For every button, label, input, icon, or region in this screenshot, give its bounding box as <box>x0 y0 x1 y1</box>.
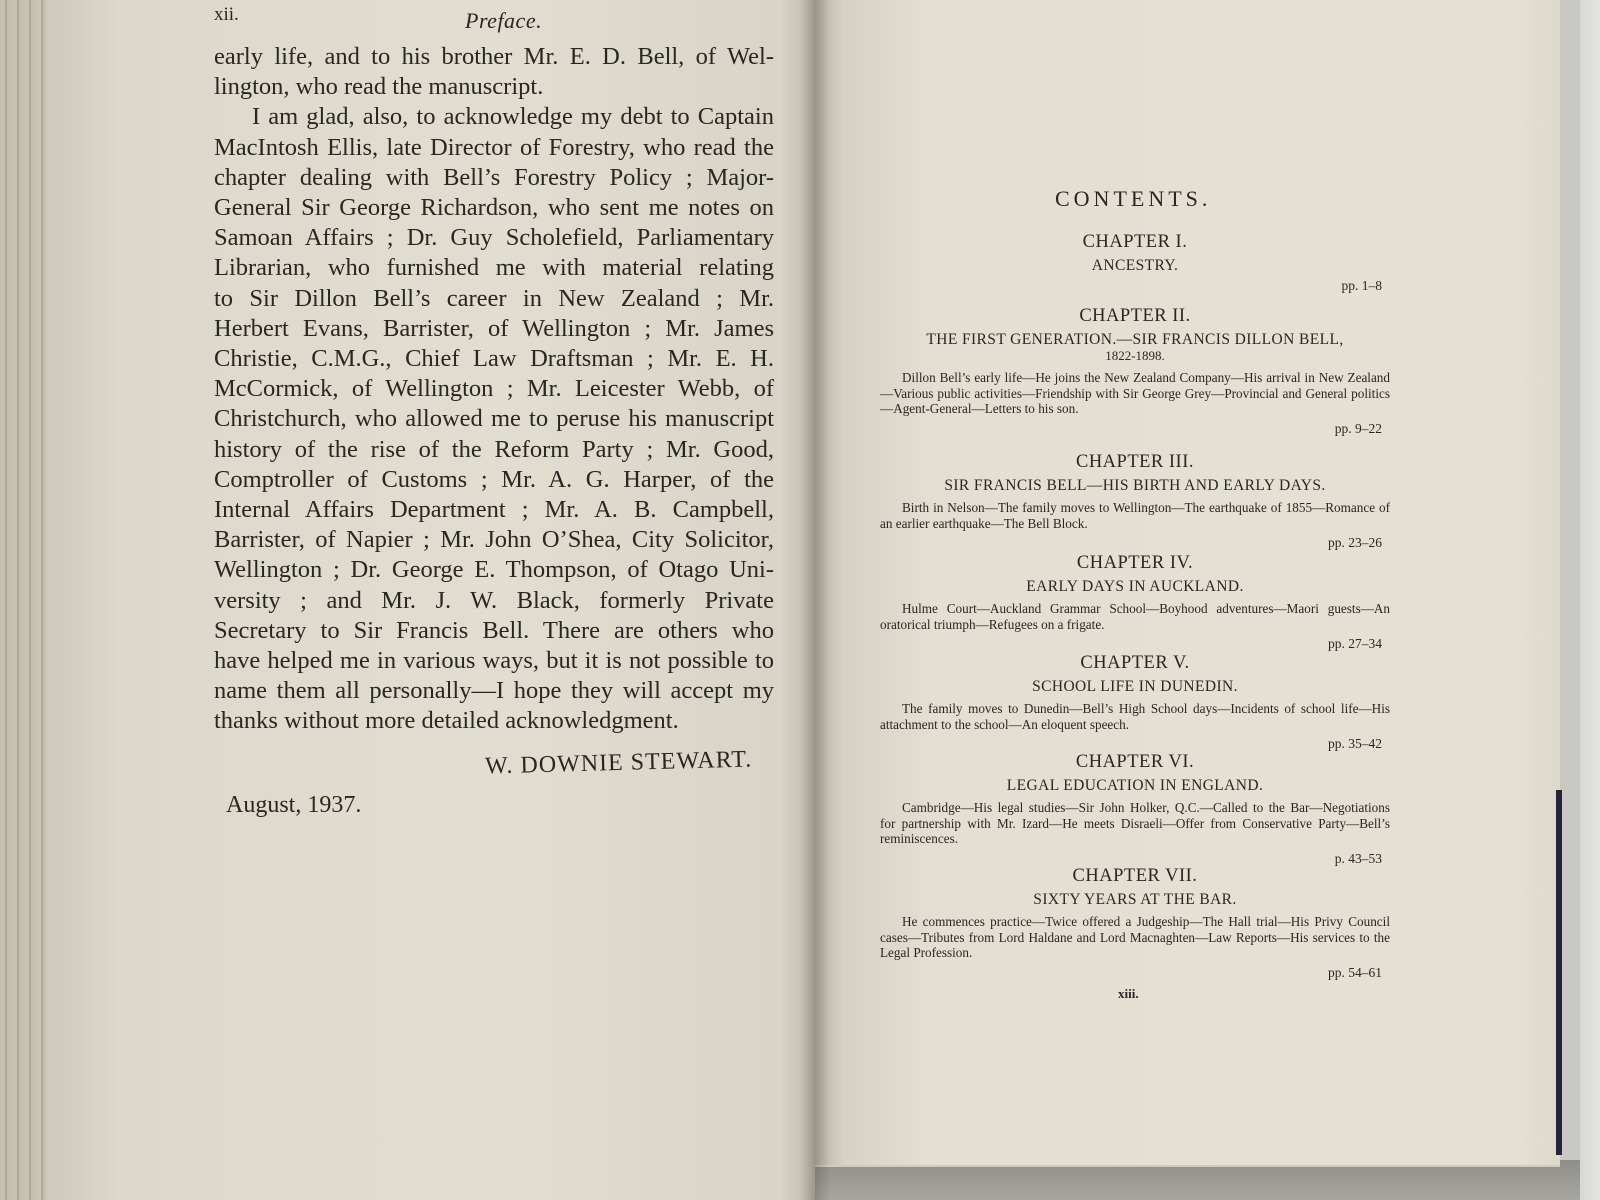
preface-date: August, 1937. <box>226 792 361 819</box>
chapter-summary: Birth in Nelson—The family moves to Well… <box>880 500 1390 531</box>
chapter-number: CHAPTER IV. <box>880 553 1390 574</box>
text-line: early life, and to his brother Mr. E. D.… <box>214 42 774 72</box>
page-edges <box>0 0 46 1200</box>
chapter-pages: pp. 35–42 <box>880 736 1390 752</box>
text-line: Wellington ; Dr. George E. Thompson, of … <box>214 555 774 585</box>
chapter-title: LEGAL EDUCATION IN ENGLAND. <box>880 777 1390 794</box>
chapter-pages: p. 43–53 <box>880 851 1390 867</box>
text-line: name them all personally—I hope they wil… <box>214 676 774 706</box>
chapter-number: CHAPTER III. <box>880 452 1390 473</box>
chapter-summary: Hulme Court—Auckland Grammar School—Boyh… <box>880 601 1390 632</box>
book-cover-edge <box>1556 790 1562 1155</box>
contents-entry-chapter-5: CHAPTER V. SCHOOL LIFE IN DUNEDIN. The f… <box>880 653 1390 752</box>
text-line: Christchurch, who allowed me to peruse h… <box>214 404 774 434</box>
chapter-number: CHAPTER VI. <box>880 752 1390 773</box>
text-line: lington, who read the manuscript. <box>214 72 774 102</box>
text-line: thanks without more detailed acknowledgm… <box>214 706 774 736</box>
chapter-pages: pp. 54–61 <box>880 965 1390 981</box>
running-head: Preface. <box>465 8 542 34</box>
text-line: Barrister, of Napier ; Mr. John O’Shea, … <box>214 525 774 555</box>
chapter-pages: pp. 23–26 <box>880 535 1390 551</box>
contents-entry-chapter-1: CHAPTER I. ANCESTRY. pp. 1–8 <box>880 232 1390 294</box>
text-line: chapter dealing with Bell’s Forestry Pol… <box>214 163 774 193</box>
chapter-number: CHAPTER I. <box>880 232 1390 253</box>
preface-text: early life, and to his brother Mr. E. D.… <box>214 42 774 737</box>
chapter-number: CHAPTER V. <box>880 653 1390 674</box>
contents-entry-chapter-3: CHAPTER III. SIR FRANCIS BELL—HIS BIRTH … <box>880 452 1390 551</box>
chapter-title: ANCESTRY. <box>880 257 1390 274</box>
chapter-summary: Cambridge—His legal studies—Sir John Hol… <box>880 800 1390 847</box>
text-line: Secretary to Sir Francis Bell. There are… <box>214 616 774 646</box>
text-line: I am glad, also, to acknowledge my debt … <box>214 102 774 132</box>
chapter-pages: pp. 9–22 <box>880 421 1390 437</box>
text-line: Librarian, who furnished me with materia… <box>214 253 774 283</box>
text-line: Internal Affairs Department ; Mr. A. B. … <box>214 495 774 525</box>
chapter-title: THE FIRST GENERATION.—SIR FRANCIS DILLON… <box>880 331 1390 348</box>
chapter-dates: 1822-1898. <box>880 348 1390 364</box>
chapter-number: CHAPTER II. <box>880 306 1390 327</box>
text-line: versity ; and Mr. J. W. Black, formerly … <box>214 586 774 616</box>
contents-entry-chapter-6: CHAPTER VI. LEGAL EDUCATION IN ENGLAND. … <box>880 752 1390 867</box>
chapter-summary: The family moves to Dunedin—Bell’s High … <box>880 701 1390 732</box>
chapter-title: SCHOOL LIFE IN DUNEDIN. <box>880 678 1390 695</box>
text-line: McCormick, of Wellington ; Mr. Leicester… <box>214 374 774 404</box>
text-line: to Sir Dillon Bell’s career in New Zeala… <box>214 284 774 314</box>
text-line: have helped me in various ways, but it i… <box>214 646 774 676</box>
contents-entry-chapter-2: CHAPTER II. THE FIRST GENERATION.—SIR FR… <box>880 306 1390 437</box>
page-number-left: xii. <box>214 4 239 26</box>
text-line: Comptroller of Customs ; Mr. A. G. Harpe… <box>214 465 774 495</box>
text-line: MacIntosh Ellis, late Director of Forest… <box>214 133 774 163</box>
text-line: Herbert Evans, Barrister, of Wellington … <box>214 314 774 344</box>
chapter-title: SIR FRANCIS BELL—HIS BIRTH AND EARLY DAY… <box>880 477 1390 494</box>
chapter-summary: He commences practice—Twice offered a Ju… <box>880 914 1390 961</box>
chapter-title: EARLY DAYS IN AUCKLAND. <box>880 578 1390 595</box>
text-line: General Sir George Richardson, who sent … <box>214 193 774 223</box>
text-line: Christie, C.M.G., Chief Law Draftsman ; … <box>214 344 774 374</box>
contents-entry-chapter-7: CHAPTER VII. SIXTY YEARS AT THE BAR. He … <box>880 866 1390 981</box>
page-number-right: xiii. <box>1118 986 1139 1002</box>
background-wall <box>1580 0 1600 1200</box>
chapter-summary: Dillon Bell’s early life—He joins the Ne… <box>880 370 1390 417</box>
text-line: Samoan Affairs ; Dr. Guy Scholefield, Pa… <box>214 223 774 253</box>
chapter-title: SIXTY YEARS AT THE BAR. <box>880 891 1390 908</box>
chapter-number: CHAPTER VII. <box>880 866 1390 887</box>
chapter-pages: pp. 27–34 <box>880 636 1390 652</box>
contents-title: CONTENTS. <box>1055 186 1211 212</box>
text-line: history of the rise of the Reform Party … <box>214 435 774 465</box>
contents-entry-chapter-4: CHAPTER IV. EARLY DAYS IN AUCKLAND. Hulm… <box>880 553 1390 652</box>
chapter-pages: pp. 1–8 <box>880 278 1390 294</box>
book-gutter <box>800 0 830 1200</box>
